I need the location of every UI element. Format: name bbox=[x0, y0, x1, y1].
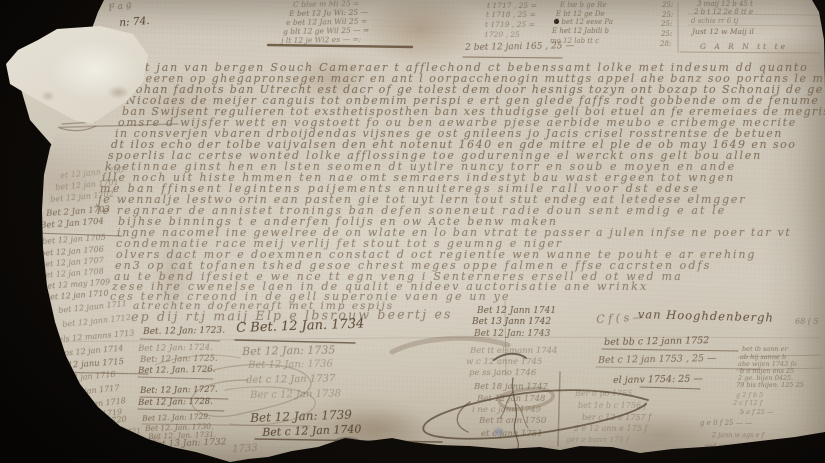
center-right-dates-fragment: w c 12 anne 1745 bbox=[466, 358, 542, 367]
archive-mark-line2: n: 74. bbox=[119, 16, 150, 29]
top-mid-years-fragment: t 1717 , 25 = bbox=[487, 2, 537, 10]
right-bottom-entries-fragment: bet bb c 12 jann 1752 bbox=[604, 336, 709, 347]
left-margin-dates-fragment: ros 12 jan 1714 bbox=[60, 344, 124, 357]
bottom-edge-blot bbox=[332, 436, 362, 448]
center-right-dates-fragment: i ne c jann 1749 bbox=[472, 406, 541, 415]
left-margin-dates-fragment: b 12 jann 1721 bbox=[84, 427, 142, 441]
top-mid-entries-fragment: E bt 12 ge De bbox=[556, 11, 605, 18]
top-mid-entries-fragment: E het 12 Jabili b bbox=[552, 28, 609, 35]
left-margin-dates-fragment: Bet 2 Jan 1704 bbox=[40, 218, 104, 231]
left-margin-dates-fragment: els 12 manns 1713 bbox=[58, 329, 135, 344]
bottom-center-dates-fragment: det c 12 Jan 1737 bbox=[246, 374, 335, 386]
mid-right-faint-dates-fragment: ber c 12 e 1757 f bbox=[582, 414, 651, 422]
bottom-left-dates-fragment: Bet 13 Jan: 1732 bbox=[150, 438, 227, 450]
right-account-block-fragment: god ssmm ne 1755 f bbox=[704, 443, 770, 450]
bottom-left-dates-fragment: Bet 12. Jan. 1726. bbox=[138, 366, 215, 376]
right-account-block-fragment: 2 c f 12 f bbox=[733, 400, 762, 407]
bottom-center-dates-fragment: Bet 12 Jan: 1735 bbox=[242, 344, 335, 357]
right-account-block-fragment: b all ne 175 bbox=[698, 453, 734, 459]
top-mid-entries-fragment: E bet 12 eese Pa bbox=[554, 19, 613, 26]
bottom-center-dates-fragment: Bet 12 Jan: 1736 bbox=[248, 360, 333, 371]
name-inscription: van Hooghdenbergh bbox=[638, 309, 774, 324]
top-right-entries-fragment: 3 maij 12 b 45 t bbox=[697, 1, 753, 8]
bottom-left-dates-fragment: 1733 bbox=[232, 444, 258, 455]
center-right-dates-fragment: Bet 12 Jann 1741 bbox=[477, 307, 556, 316]
bottom-center-dates-fragment: Bet 12 Jan: 1739 bbox=[250, 408, 352, 424]
right-bottom-entries-fragment: 68 ( 5 bbox=[795, 318, 818, 326]
photo-backdrop: C blse m Mi 25 =E bet 12 Ju Wi: 25 —e be… bbox=[0, 0, 825, 463]
left-margin-dates-fragment: bet 12 jann 1712 bbox=[62, 314, 131, 329]
top-right-entries-fragment: 2 b t 12 2e 8 tt e bbox=[694, 9, 753, 16]
bottom-left-dates-fragment: Bet: 12 Jan: 1727. bbox=[140, 386, 218, 396]
top-right-entries-fragment: Just 12 w Maij il bbox=[692, 28, 754, 36]
top-right-amounts-fragment: 25: bbox=[662, 2, 673, 9]
center-right-dates-fragment: Bet 12 jan 1748 bbox=[477, 395, 545, 404]
top-mid-years-fragment: t 1718 , 25 = bbox=[486, 11, 536, 19]
top-mid-years-fragment: 1720 , 25 bbox=[484, 31, 520, 39]
center-right-dates-fragment: Bet 13 Jann 1742 bbox=[472, 318, 551, 327]
bottom-left-dates-fragment: Bet 12 Jan: 1728. bbox=[138, 398, 213, 408]
mid-right-faint-dates-fragment: 2 e 12 ann e 175 f bbox=[574, 425, 647, 433]
garn-label: G A R N tt te bbox=[700, 43, 788, 51]
top-right-amounts-fragment: 25: bbox=[661, 31, 672, 38]
top-left-column-fragment: j lt 12 je Wi2 es — =: bbox=[281, 36, 361, 45]
center-right-dates-fragment: et c jann 1751 bbox=[481, 430, 543, 439]
center-right-dates-fragment: Bet 12 Jan: 1743 bbox=[474, 330, 550, 339]
left-margin-dates-fragment: Bet i Jann 1720 bbox=[64, 415, 127, 431]
bottom-center-dates-fragment: Ber c 12 Jan 1738 bbox=[250, 389, 341, 401]
left-margin-dates-fragment: Bet 12 jan 1710 bbox=[44, 290, 109, 302]
right-account-block-fragment: 79 bis thijen. 125 25 bbox=[736, 382, 804, 389]
mid-right-faint-dates-fragment: Ber o po 1755. bbox=[575, 390, 635, 398]
center-right-dates-fragment: Bet tt elsmann 1744 bbox=[470, 347, 557, 356]
top-mid-entries-fragment: mo 12 lab tt c bbox=[550, 38, 599, 45]
mid-right-faint-dates-fragment: bet 1e b c 1756 f bbox=[578, 402, 647, 410]
top-mid-entries-fragment: E lse b ge Re bbox=[560, 2, 607, 9]
bottom-left-dates-fragment: Bet 12. Jan: 1729. bbox=[142, 413, 211, 423]
bottom-left-dates-fragment: Bet 12 Jan: 1724. bbox=[138, 344, 213, 354]
right-account-block-fragment: 2 jann w ags e f bbox=[712, 432, 764, 439]
center-right-dates-fragment: Bet tt ann 1750 bbox=[479, 417, 546, 426]
top-right-amounts-fragment: 25: bbox=[661, 21, 672, 28]
bottom-center-dates-fragment: Bet c 12 Jan 1740 bbox=[262, 424, 362, 438]
right-account-block-fragment: g 2 f b 5 bbox=[736, 392, 763, 399]
right-account-block-fragment: bet ib sann er bbox=[742, 346, 788, 353]
bottom-left-dates-fragment: Bet. 12 Jan: 1723. bbox=[143, 327, 225, 337]
left-margin-dates-fragment: bet 12 jaun 1711 bbox=[58, 300, 127, 315]
mid-right-faint-dates-fragment: ger e bann 175 f bbox=[566, 436, 629, 444]
right-bottom-entries-fragment: el janv 1754: 25 — bbox=[613, 374, 703, 385]
left-margin-dates-fragment: e 18 jan 1717 bbox=[64, 384, 120, 398]
center-right-dates-fragment: pe ss jano 1746 bbox=[469, 369, 536, 378]
right-account-block-fragment: g e ll f 25 — — bbox=[700, 420, 752, 427]
top-right-entries-fragment: d schis rr 6 tj bbox=[691, 18, 738, 25]
right-account-block-fragment: b e f 25 — bbox=[740, 409, 773, 416]
archive-mark-line1: F a g bbox=[108, 1, 132, 14]
left-margin-dates-fragment: b t 12 jan 1716 bbox=[54, 371, 116, 384]
top-mid-years-fragment: t 1719 , 25 = bbox=[485, 21, 535, 29]
center-right-dates-fragment: Bet 18 jann 1747 bbox=[474, 383, 548, 392]
right-bottom-entries-fragment: Bet c 12 jan 1753 , 25 — bbox=[598, 354, 717, 366]
bottom-center-dates-fragment: C Bet. 12 Jan. 1734 bbox=[236, 318, 365, 335]
top-right-amounts-fragment: 25: bbox=[662, 12, 673, 19]
bottom-left-dates-fragment: Bet: 12 Jan: 1725. bbox=[140, 355, 218, 365]
top-right-amounts-fragment: 28: bbox=[660, 41, 671, 48]
